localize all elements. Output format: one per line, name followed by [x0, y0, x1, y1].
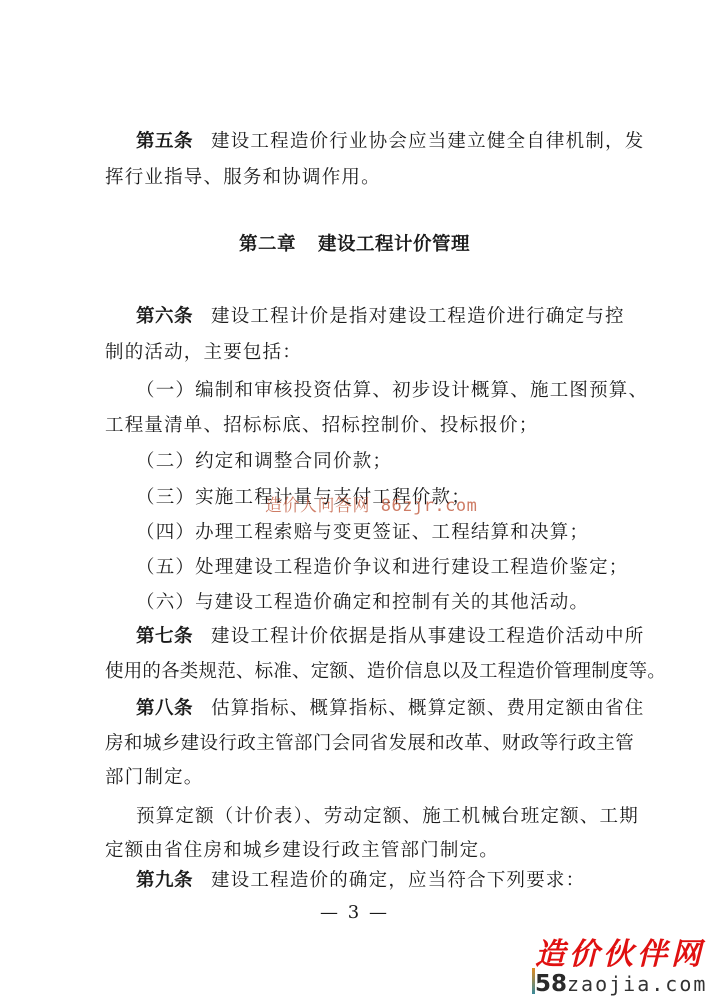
article-6-item-1-line-1: （一）编制和审核投资估算、初步设计概算、施工图预算、: [136, 379, 648, 403]
chapter-heading: 第二章建设工程计价管理: [0, 233, 709, 257]
article-5-line-2: 挥行业指导、服务和协调作用。: [105, 166, 381, 190]
article-6-item-5: （五）处理建设工程造价争议和进行建设工程造价鉴定；: [136, 556, 629, 580]
article-7-label: 第七条: [136, 626, 193, 647]
article-6-text: 建设工程计价是指对建设工程造价进行确定与控: [211, 306, 625, 327]
article-6-item-2: （二）约定和调整合同价款；: [136, 450, 392, 474]
article-7-text: 建设工程计价依据是指从事建设工程造价活动中所: [211, 626, 644, 647]
article-8-line-2: 房和城乡建设行政主管部门会同省发展和改革、财政等行政主管: [105, 732, 634, 756]
article-9-label: 第九条: [136, 870, 193, 891]
article-5-line-1: 第五条建设工程造价行业协会应当建立健全自律机制，发: [136, 130, 644, 154]
article-9-line-1: 第九条建设工程造价的确定，应当符合下列要求：: [136, 869, 585, 893]
article-6-label: 第六条: [136, 306, 193, 327]
page-number: — 3 —: [0, 901, 709, 925]
article-8-line-3: 部门制定。: [105, 766, 204, 790]
article-7-line-2: 使用的各类规范、标准、定额、造价信息以及工程造价管理制度等。: [105, 660, 666, 684]
brand-chinese-name: 造价伙伴网: [535, 938, 705, 972]
article-8-label: 第八条: [136, 698, 193, 719]
article-8-text: 估算指标、概算指标、概算定额、费用定额由省住: [211, 698, 644, 719]
brand-domain-line: 58zaojia.com: [535, 972, 707, 996]
chapter-number: 第二章: [239, 234, 296, 255]
document-page: 第五条建设工程造价行业协会应当建立健全自律机制，发 挥行业指导、服务和协调作用。…: [0, 0, 709, 1000]
article-7-line-1: 第七条建设工程计价依据是指从事建设工程造价活动中所: [136, 625, 644, 649]
article-9-text: 建设工程造价的确定，应当符合下列要求：: [211, 870, 585, 891]
article-8-line-1: 第八条估算指标、概算指标、概算定额、费用定额由省住: [136, 697, 644, 721]
brand-number: 58: [535, 971, 567, 997]
article-8-para-2-line-1: 预算定额（计价表）、劳动定额、施工机械台班定额、工期: [136, 805, 639, 829]
article-5-label: 第五条: [136, 131, 193, 152]
article-5-text: 建设工程造价行业协会应当建立健全自律机制，发: [211, 131, 644, 152]
watermark-text: 造价人问答网 86zjr.com: [265, 491, 477, 516]
article-6-line-1: 第六条建设工程计价是指对建设工程造价进行确定与控: [136, 305, 625, 329]
article-6-item-4: （四）办理工程索赔与变更签证、工程结算和决算；: [136, 521, 589, 545]
chapter-title: 建设工程计价管理: [318, 234, 470, 255]
article-6-line-2: 制的活动，主要包括：: [105, 341, 302, 365]
brand-domain: zaojia.com: [567, 972, 707, 996]
article-8-para-2-line-2: 定额由省住房和城乡建设行政主管部门制定。: [105, 839, 499, 863]
article-6-item-1-line-2: 工程量清单、招标标底、招标控制价、投标报价；: [105, 414, 538, 438]
article-6-item-6: （六）与建设工程造价确定和控制有关的其他活动。: [136, 591, 589, 615]
brand-watermark: 造价伙伴网 58zaojia.com: [535, 938, 709, 1000]
